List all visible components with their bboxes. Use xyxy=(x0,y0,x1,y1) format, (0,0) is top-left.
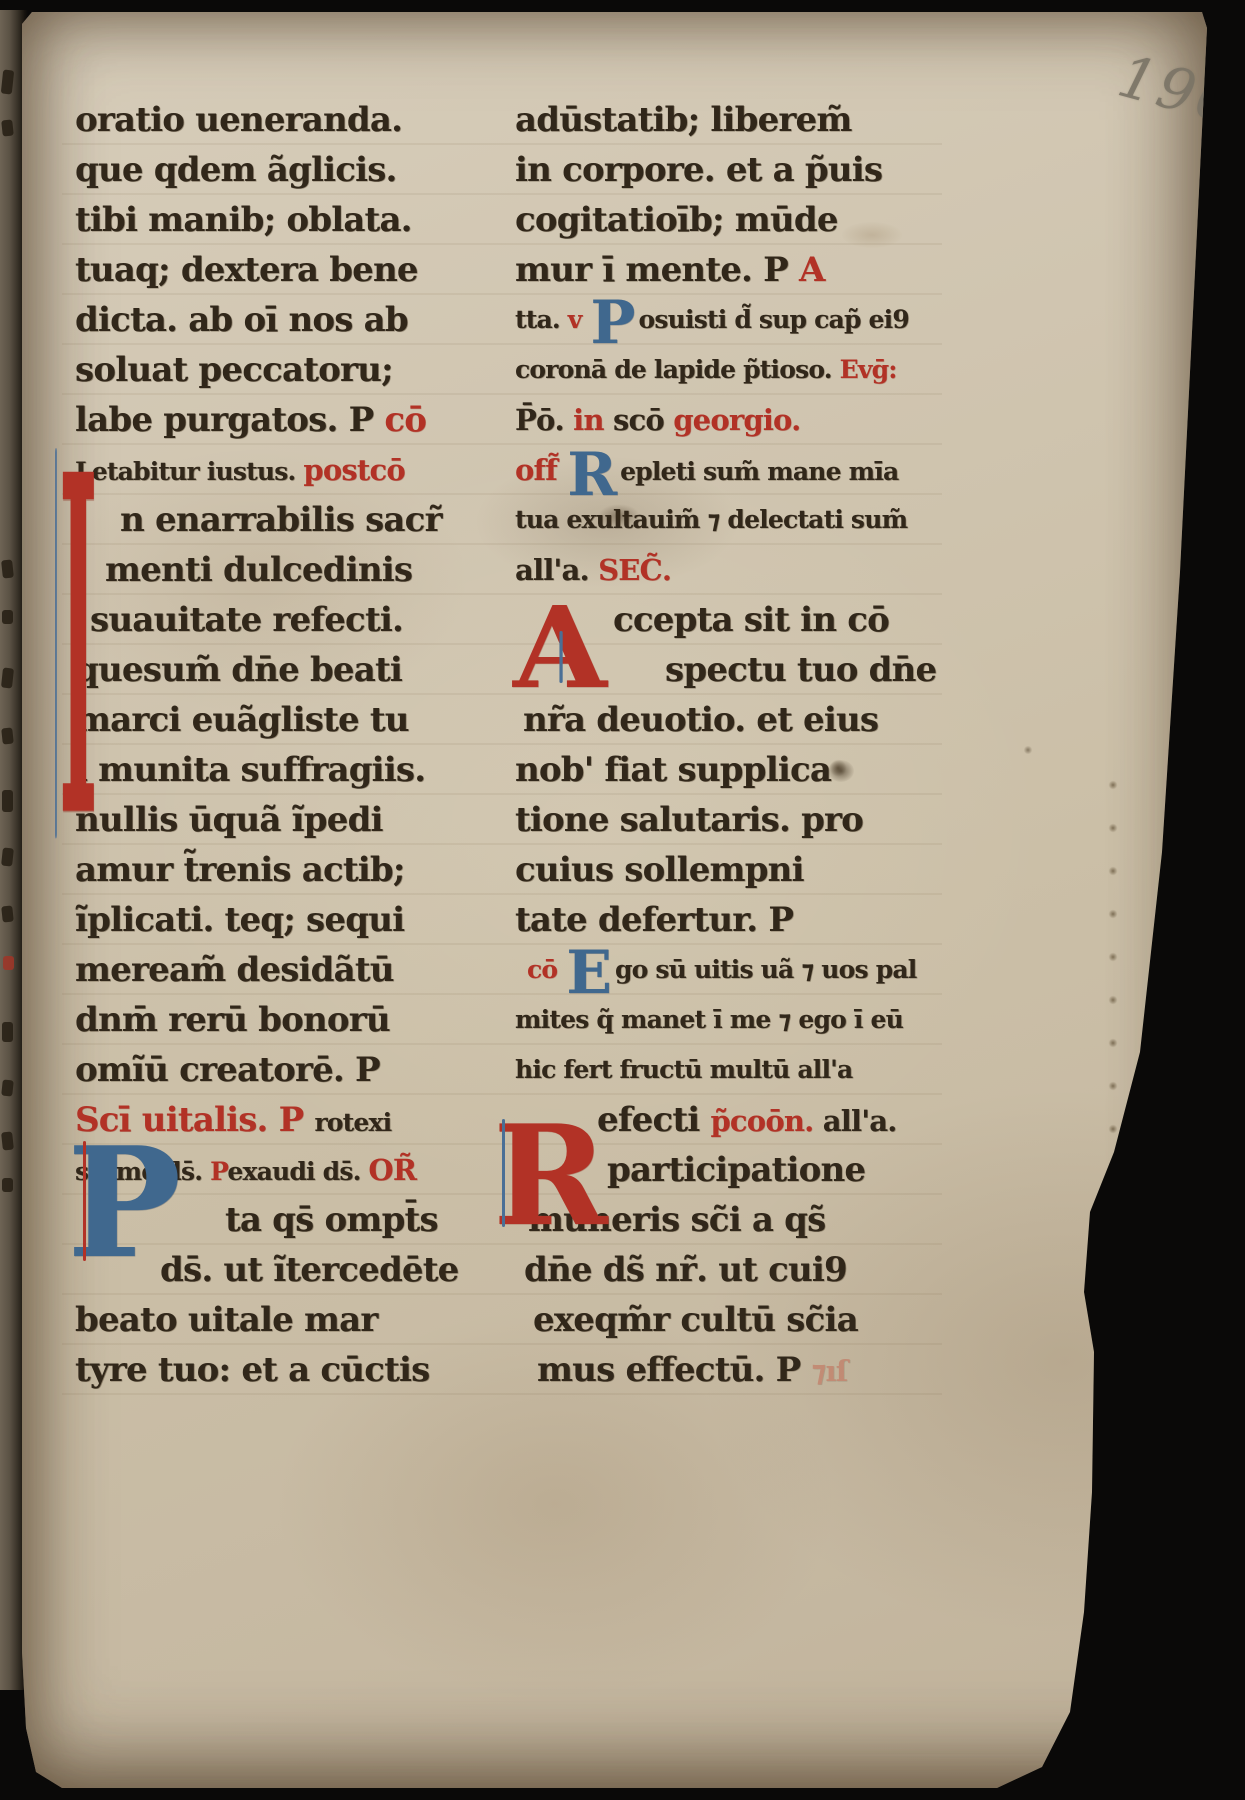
text-segment: OR̃ xyxy=(368,1153,416,1187)
text-line: labe purgatos. P cō xyxy=(75,395,480,445)
text-line: quesum̃ dn̄e beati xyxy=(75,645,480,695)
text-line: amur t̃renis actib; xyxy=(75,845,480,895)
sliver-glyph-mark xyxy=(1,727,14,744)
text-segment: v xyxy=(568,305,590,334)
text-segment: beato uitale mar xyxy=(75,1300,378,1340)
text-segment: tyre tuo: et a cūctis xyxy=(75,1350,429,1390)
sliver-glyph-mark xyxy=(2,1022,13,1042)
text-segment: p̃coōn. xyxy=(710,1104,822,1138)
text-segment: postcō xyxy=(303,453,405,487)
sliver-glyph-mark xyxy=(1,667,14,688)
text-segment: osuisti d̃ sup cap̃ ei9 xyxy=(638,305,908,334)
text-segment: spectu tuo dn̄e xyxy=(665,650,936,690)
text-segment: epleti sum̃ mane mīa xyxy=(620,457,898,486)
text-segment: A xyxy=(799,250,825,290)
text-segment: in corpore. et a p̃uis xyxy=(515,150,882,190)
text-line: adūstatib; liberem̃ xyxy=(515,95,967,145)
text-segment: mur ī mente. P xyxy=(515,250,799,290)
text-line: n enarrabilis sacr̃ xyxy=(75,495,480,545)
sliver-glyph-mark xyxy=(1,119,14,136)
text-segment: scō xyxy=(613,403,673,437)
text-line: cogitatioīb; mūde xyxy=(515,195,967,245)
text-segment: omĩū creatorē. P xyxy=(75,1050,380,1090)
text-segment: cuius sollempni xyxy=(515,850,804,890)
text-segment: rotexi xyxy=(314,1108,391,1137)
drop-initial-I: I xyxy=(59,417,97,882)
text-segment: i munita suffragiis. xyxy=(75,750,425,790)
text-line: oratio ueneranda. xyxy=(75,95,480,145)
folio-number: 196 xyxy=(1111,42,1244,139)
text-line: exeqm̃r cultū sc̃ia xyxy=(515,1295,967,1345)
drop-initial-A: A xyxy=(513,593,606,705)
text-segment: exeqm̃r cultū sc̃ia xyxy=(533,1300,858,1340)
text-line: meream̃ desidãtū xyxy=(75,945,480,995)
manuscript-page: 196 oratio ueneranda.que qdem ãglicis.ti… xyxy=(22,12,1207,1788)
text-line: cō Ego sū uitis uã ⁊ uos pal xyxy=(515,945,967,995)
text-line: mur ī mente. P A xyxy=(515,245,967,295)
text-line: que qdem ãglicis. xyxy=(75,145,480,195)
text-line: off̃ Repleti sum̃ mane mīa xyxy=(515,445,967,495)
text-line: tyre tuo: et a cūctis xyxy=(75,1345,480,1395)
text-line: tione salutaris. pro xyxy=(515,795,967,845)
text-line: menti dulcedinis xyxy=(75,545,480,595)
text-segment: Evḡ: xyxy=(840,355,897,384)
text-segment: P̄ō. xyxy=(515,403,573,437)
text-line: ĩplicati. teq; sequi xyxy=(75,895,480,945)
text-segment: dicta. ab oī nos ab xyxy=(75,300,408,340)
text-segment: P xyxy=(210,1157,227,1186)
text-segment: cō xyxy=(527,955,565,984)
text-line: tta. v Posuisti d̃ sup cap̃ ei9 xyxy=(515,295,967,345)
sliver-red-mark xyxy=(3,956,14,970)
text-line: Letabitur iustus. postcō xyxy=(75,445,480,495)
text-segment: off̃ xyxy=(515,453,566,487)
drop-initial-R: R xyxy=(493,1107,607,1245)
sliver-glyph-mark xyxy=(1,905,14,922)
text-segment: ĩplicati. teq; sequi xyxy=(75,900,404,940)
text-segment: tua exultauim̃ ⁊ delectati sum̃ xyxy=(515,505,907,534)
manuscript-photo: { "page": { "folio_number": "196", "type… xyxy=(0,0,1245,1800)
text-segment: go sū uitis uã ⁊ uos pal xyxy=(615,955,917,984)
text-segment: que qdem ãglicis. xyxy=(75,150,397,190)
sliver-glyph-mark xyxy=(2,790,13,812)
text-segment: georgio. xyxy=(673,403,800,437)
text-line: hic fert fructū multū all'a xyxy=(515,1045,967,1095)
sliver-glyph-mark xyxy=(1,1131,14,1150)
text-segment: participatione xyxy=(607,1150,865,1190)
text-line: soluat peccatoru; xyxy=(75,345,480,395)
sliver-glyph-mark xyxy=(1,847,14,866)
text-segment: hic fert fructū multū all'a xyxy=(515,1055,852,1084)
text-segment: mus effectū. P xyxy=(537,1350,811,1390)
text-line: dnm̄ rerū bonorū xyxy=(75,995,480,1045)
text-line: i munita suffragiis. xyxy=(75,745,480,795)
text-line: P̄ō. in scō georgio. xyxy=(515,395,967,445)
text-segment: oratio ueneranda. xyxy=(75,100,402,140)
text-segment: soluat peccatoru; xyxy=(75,350,393,390)
text-line: suauitate refecti. xyxy=(75,595,480,645)
text-segment: cogitatioīb; mūde xyxy=(515,200,838,240)
text-segment: tta. xyxy=(515,305,568,334)
text-line: nob' fiat supplica xyxy=(515,745,967,795)
text-segment: in xyxy=(573,403,613,437)
text-line: in corpore. et a p̃uis xyxy=(515,145,967,195)
text-segment: cō xyxy=(384,400,426,440)
text-segment: tibi manib; oblata. xyxy=(75,200,412,240)
text-segment: dnm̄ rerū bonorū xyxy=(75,1000,390,1040)
text-line: dicta. ab oī nos ab xyxy=(75,295,480,345)
text-segment: quesum̃ dn̄e beati xyxy=(75,650,402,690)
text-segment: tuaq; dextera bene xyxy=(75,250,418,290)
sliver-glyph-mark xyxy=(2,610,13,624)
text-segment: ccepta sit in cō xyxy=(613,600,889,640)
text-line: tibi manib; oblata. xyxy=(75,195,480,245)
text-line: nullis ūquã ĩpedi xyxy=(75,795,480,845)
text-segment: tate defertur. P xyxy=(515,900,793,940)
text-segment: adūstatib; liberem̃ xyxy=(515,100,852,140)
sliver-glyph-mark xyxy=(1,1079,14,1096)
text-segment: SEC̃. xyxy=(598,553,671,587)
text-line: marci euãgliste tu xyxy=(75,695,480,745)
text-segment: amur t̃renis actib; xyxy=(75,850,405,890)
text-line: coronā de lapide p̃tioso. Evḡ: xyxy=(515,345,967,395)
text-segment: efecti xyxy=(597,1100,710,1140)
text-segment: suauitate refecti. xyxy=(90,600,403,640)
drop-initial-P: P xyxy=(67,1127,181,1279)
text-segment: nullis ūquã ĩpedi xyxy=(75,800,383,840)
text-segment: mites q̃ manet ī me ⁊ ego ī eū xyxy=(515,1005,903,1034)
sliver-glyph-mark xyxy=(1,559,14,578)
text-segment: coronā de lapide p̃tioso. xyxy=(515,355,840,384)
text-line: tua exultauim̃ ⁊ delectati sum̃ xyxy=(515,495,967,545)
text-segment: ⁊ıſ xyxy=(811,1354,847,1388)
text-segment: n enarrabilis sacr̃ xyxy=(120,500,442,540)
text-segment: all'a. xyxy=(515,553,598,587)
text-column-left: oratio ueneranda.que qdem ãglicis.tibi m… xyxy=(75,95,480,1395)
text-segment: all'a. xyxy=(823,1104,897,1138)
text-column-right: adūstatib; liberem̃in corpore. et a p̃ui… xyxy=(515,95,967,1395)
sliver-glyph-mark xyxy=(2,1178,13,1192)
sliver-glyph-mark xyxy=(1,69,14,94)
text-line: mus effectū. P ⁊ıſ xyxy=(515,1345,967,1395)
text-segment: meream̃ desidãtū xyxy=(75,950,394,990)
text-segment: ds̄. ut ĩtercedēte xyxy=(160,1250,459,1290)
text-segment: menti dulcedinis xyxy=(105,550,412,590)
text-segment: nob' fiat supplica xyxy=(515,750,831,790)
text-segment: marci euãgliste tu xyxy=(75,700,409,740)
text-line: omĩū creatorē. P xyxy=(75,1045,480,1095)
text-segment: tione salutaris. pro xyxy=(515,800,863,840)
text-segment: Letabitur iustus. xyxy=(75,457,303,486)
text-line: tuaq; dextera bene xyxy=(75,245,480,295)
text-segment: exaudi ds̄. xyxy=(227,1157,368,1186)
text-segment: labe purgatos. P xyxy=(75,400,384,440)
text-line: mites q̃ manet ī me ⁊ ego ī eū xyxy=(515,995,967,1045)
text-line: cuius sollempni xyxy=(515,845,967,895)
text-line: beato uitale mar xyxy=(75,1295,480,1345)
text-segment: ta qs̄ ompt̄s xyxy=(225,1200,438,1240)
pricking-dots xyxy=(1108,778,1118,1170)
